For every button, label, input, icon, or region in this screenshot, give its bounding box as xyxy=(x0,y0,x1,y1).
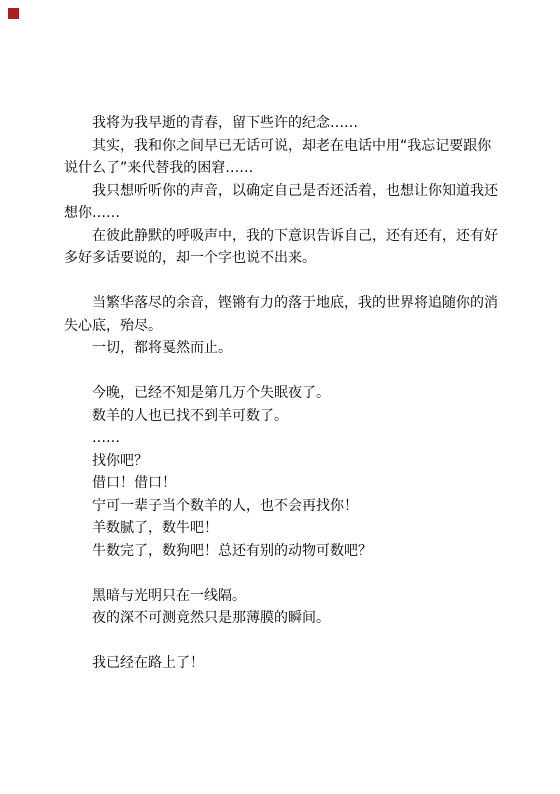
red-corner-marker-icon xyxy=(8,8,19,19)
blank-line xyxy=(64,562,500,585)
blank-line xyxy=(64,270,500,293)
paragraph: 借口！借口！ xyxy=(64,472,500,495)
paragraph: 我只想听听你的声音，以确定自己是否还活着，也想让你知道我还想你…… xyxy=(64,180,500,225)
paragraph: 其实，我和你之间早已无话可说，却老在电话中用“我忘记要跟你说什么了”来代替我的困… xyxy=(64,135,500,180)
paragraph: 羊数腻了，数牛吧！ xyxy=(64,517,500,540)
paragraph: …… xyxy=(64,427,500,450)
paragraph: 当繁华落尽的余音，铿锵有力的落于地底，我的世界将追随你的消失心底，殆尽。 xyxy=(64,292,500,337)
paragraph: 找你吧？ xyxy=(64,450,500,473)
paragraph: 一切，都将戛然而止。 xyxy=(64,337,500,360)
paragraph: 我将为我早逝的青春，留下些许的纪念…… xyxy=(64,112,500,135)
paragraph: 夜的深不可测竟然只是那薄膜的瞬间。 xyxy=(64,607,500,630)
blank-line xyxy=(64,360,500,383)
paragraph: 我已经在路上了！ xyxy=(64,652,500,675)
paragraph: 黑暗与光明只在一线隔。 xyxy=(64,585,500,608)
document-text: 我将为我早逝的青春，留下些许的纪念……其实，我和你之间早已无话可说，却老在电话中… xyxy=(64,112,500,675)
paragraph: 数羊的人也已找不到羊可数了。 xyxy=(64,405,500,428)
paragraph: 牛数完了，数狗吧！总还有别的动物可数吧？ xyxy=(64,540,500,563)
blank-line xyxy=(64,630,500,653)
paragraph: 宁可一辈子当个数羊的人，也不会再找你！ xyxy=(64,495,500,518)
paragraph: 在彼此静默的呼吸声中，我的下意识告诉自己，还有还有，还有好多好多话要说的，却一个… xyxy=(64,225,500,270)
document-page: 我将为我早逝的青春，留下些许的纪念……其实，我和你之间早已无话可说，却老在电话中… xyxy=(0,0,560,794)
paragraph: 今晚，已经不知是第几万个失眠夜了。 xyxy=(64,382,500,405)
